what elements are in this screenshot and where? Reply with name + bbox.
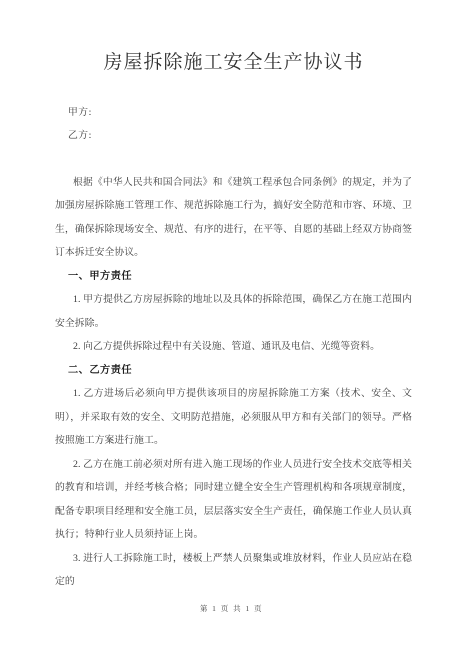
section-2-heading: 二、乙方责任 [55,359,412,383]
clause-paragraph: 3. 进行人工拆除施工时，楼板上严禁人员聚集或堆放材料，作业人员应站在稳定的 [55,547,412,594]
clause-paragraph: 2. 向乙方提供拆除过程中有关设施、管道、通讯及电信、光缆等资料。 [55,335,412,359]
section-1-heading: 一、甲方责任 [55,265,412,289]
document-title: 房屋拆除施工安全生产协议书 [55,52,412,75]
party-a-line: 甲方: [55,101,412,125]
page-number-footer: 第 1 页 共 1 页 [0,603,463,614]
preamble-paragraph: 根据《中华人民共和国合同法》和《建筑工程承包合同条例》的规定，并为了加强房屋拆除… [55,171,412,265]
clause-paragraph: 2. 乙方在施工前必须对所有进入施工现场的作业人员进行安全技术交底等相关的教育和… [55,453,412,547]
document-page: 房屋拆除施工安全生产协议书 甲方: 乙方: 根据《中华人民共和国合同法》和《建筑… [0,0,463,655]
party-b-line: 乙方: [55,124,412,148]
clause-paragraph: 1. 乙方进场后必须向甲方提供该项目的房屋拆除施工方案（技术、安全、文明），并采… [55,382,412,453]
clause-paragraph: 1. 甲方提供乙方房屋拆除的地址以及具体的拆除范围，确保乙方在施工范围内安全拆除… [55,288,412,335]
